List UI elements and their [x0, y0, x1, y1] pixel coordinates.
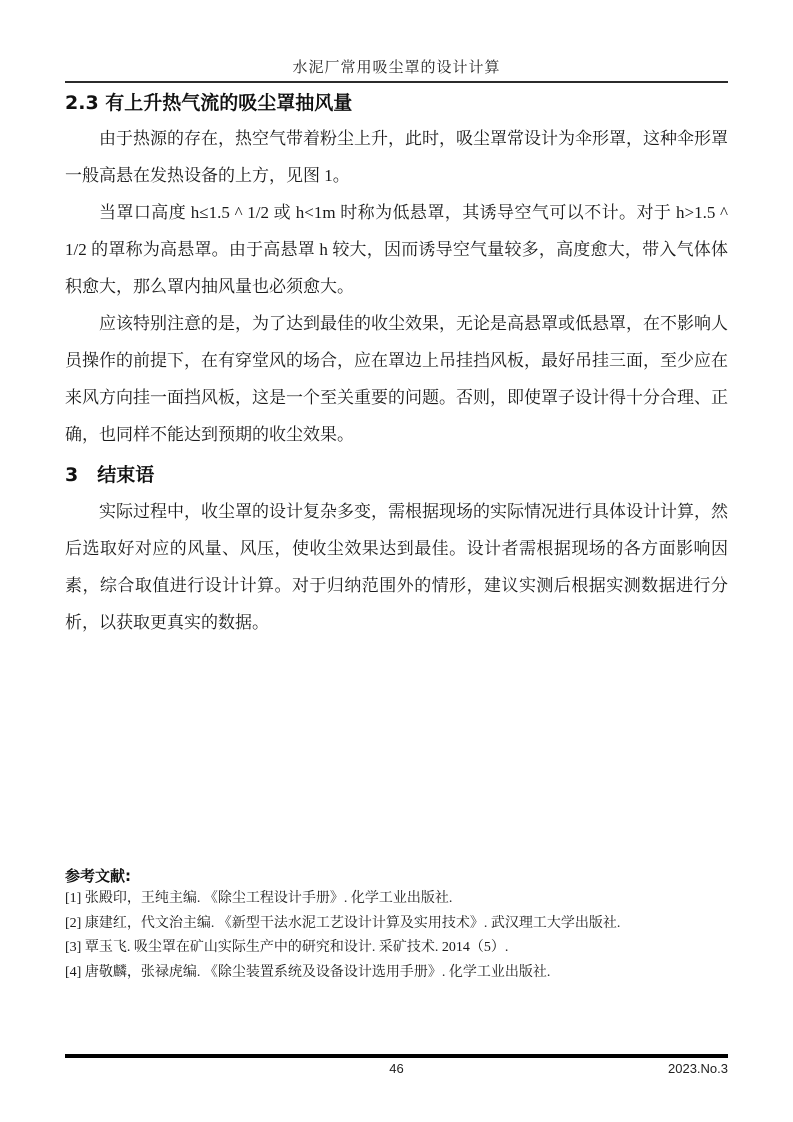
section-heading-2-3: 2.3 有上升热气流的吸尘罩抽风量 [65, 90, 728, 116]
paragraph-wind-baffle-note: 应该特别注意的是，为了达到最佳的收尘效果，无论是高悬罩或低悬罩，在不影响人员操作… [65, 305, 728, 453]
blank-space [65, 641, 728, 865]
references-heading: 参考文献: [65, 865, 728, 887]
references-section: 参考文献: [1] 张殿印，王纯主编. 《除尘工程设计手册》. 化学工业出版社.… [65, 865, 728, 985]
header-rule [65, 81, 728, 83]
running-title: 水泥厂常用吸尘罩的设计计算 [65, 58, 728, 78]
footer-rule [65, 1054, 728, 1058]
reference-item-2: [2] 康建红，代文治主编. 《新型干法水泥工艺设计计算及实用技术》. 武汉理工… [65, 912, 728, 937]
paragraph-hot-airflow-intro: 由于热源的存在，热空气带着粉尘上升，此时，吸尘罩常设计为伞形罩，这种伞形罩一般高… [65, 120, 728, 194]
page-number: 46 [65, 1061, 728, 1076]
reference-item-3: [3] 覃玉飞. 吸尘罩在矿山实际生产中的研究和设计. 采矿技术. 2014（5… [65, 936, 728, 961]
paragraph-hood-height-formula: 当罩口高度 h≤1.5 ^ 1/2 或 h<1m 时称为低悬罩，其诱导空气可以不… [65, 194, 728, 305]
reference-item-1: [1] 张殿印，王纯主编. 《除尘工程设计手册》. 化学工业出版社. [65, 887, 728, 912]
paragraph-conclusion: 实际过程中，收尘罩的设计复杂多变，需根据现场的实际情况进行具体设计计算，然后选取… [65, 493, 728, 641]
reference-item-4: [4] 唐敬麟，张禄虎编. 《除尘装置系统及设备设计选用手册》. 化学工业出版社… [65, 961, 728, 986]
section-heading-3: 3 结束语 [65, 462, 728, 488]
page-footer: 46 2023.No.3 [65, 1061, 728, 1079]
issue-label: 2023.No.3 [668, 1061, 728, 1076]
document-page: 水泥厂常用吸尘罩的设计计算 2.3 有上升热气流的吸尘罩抽风量 由于热源的存在，… [0, 0, 793, 1122]
